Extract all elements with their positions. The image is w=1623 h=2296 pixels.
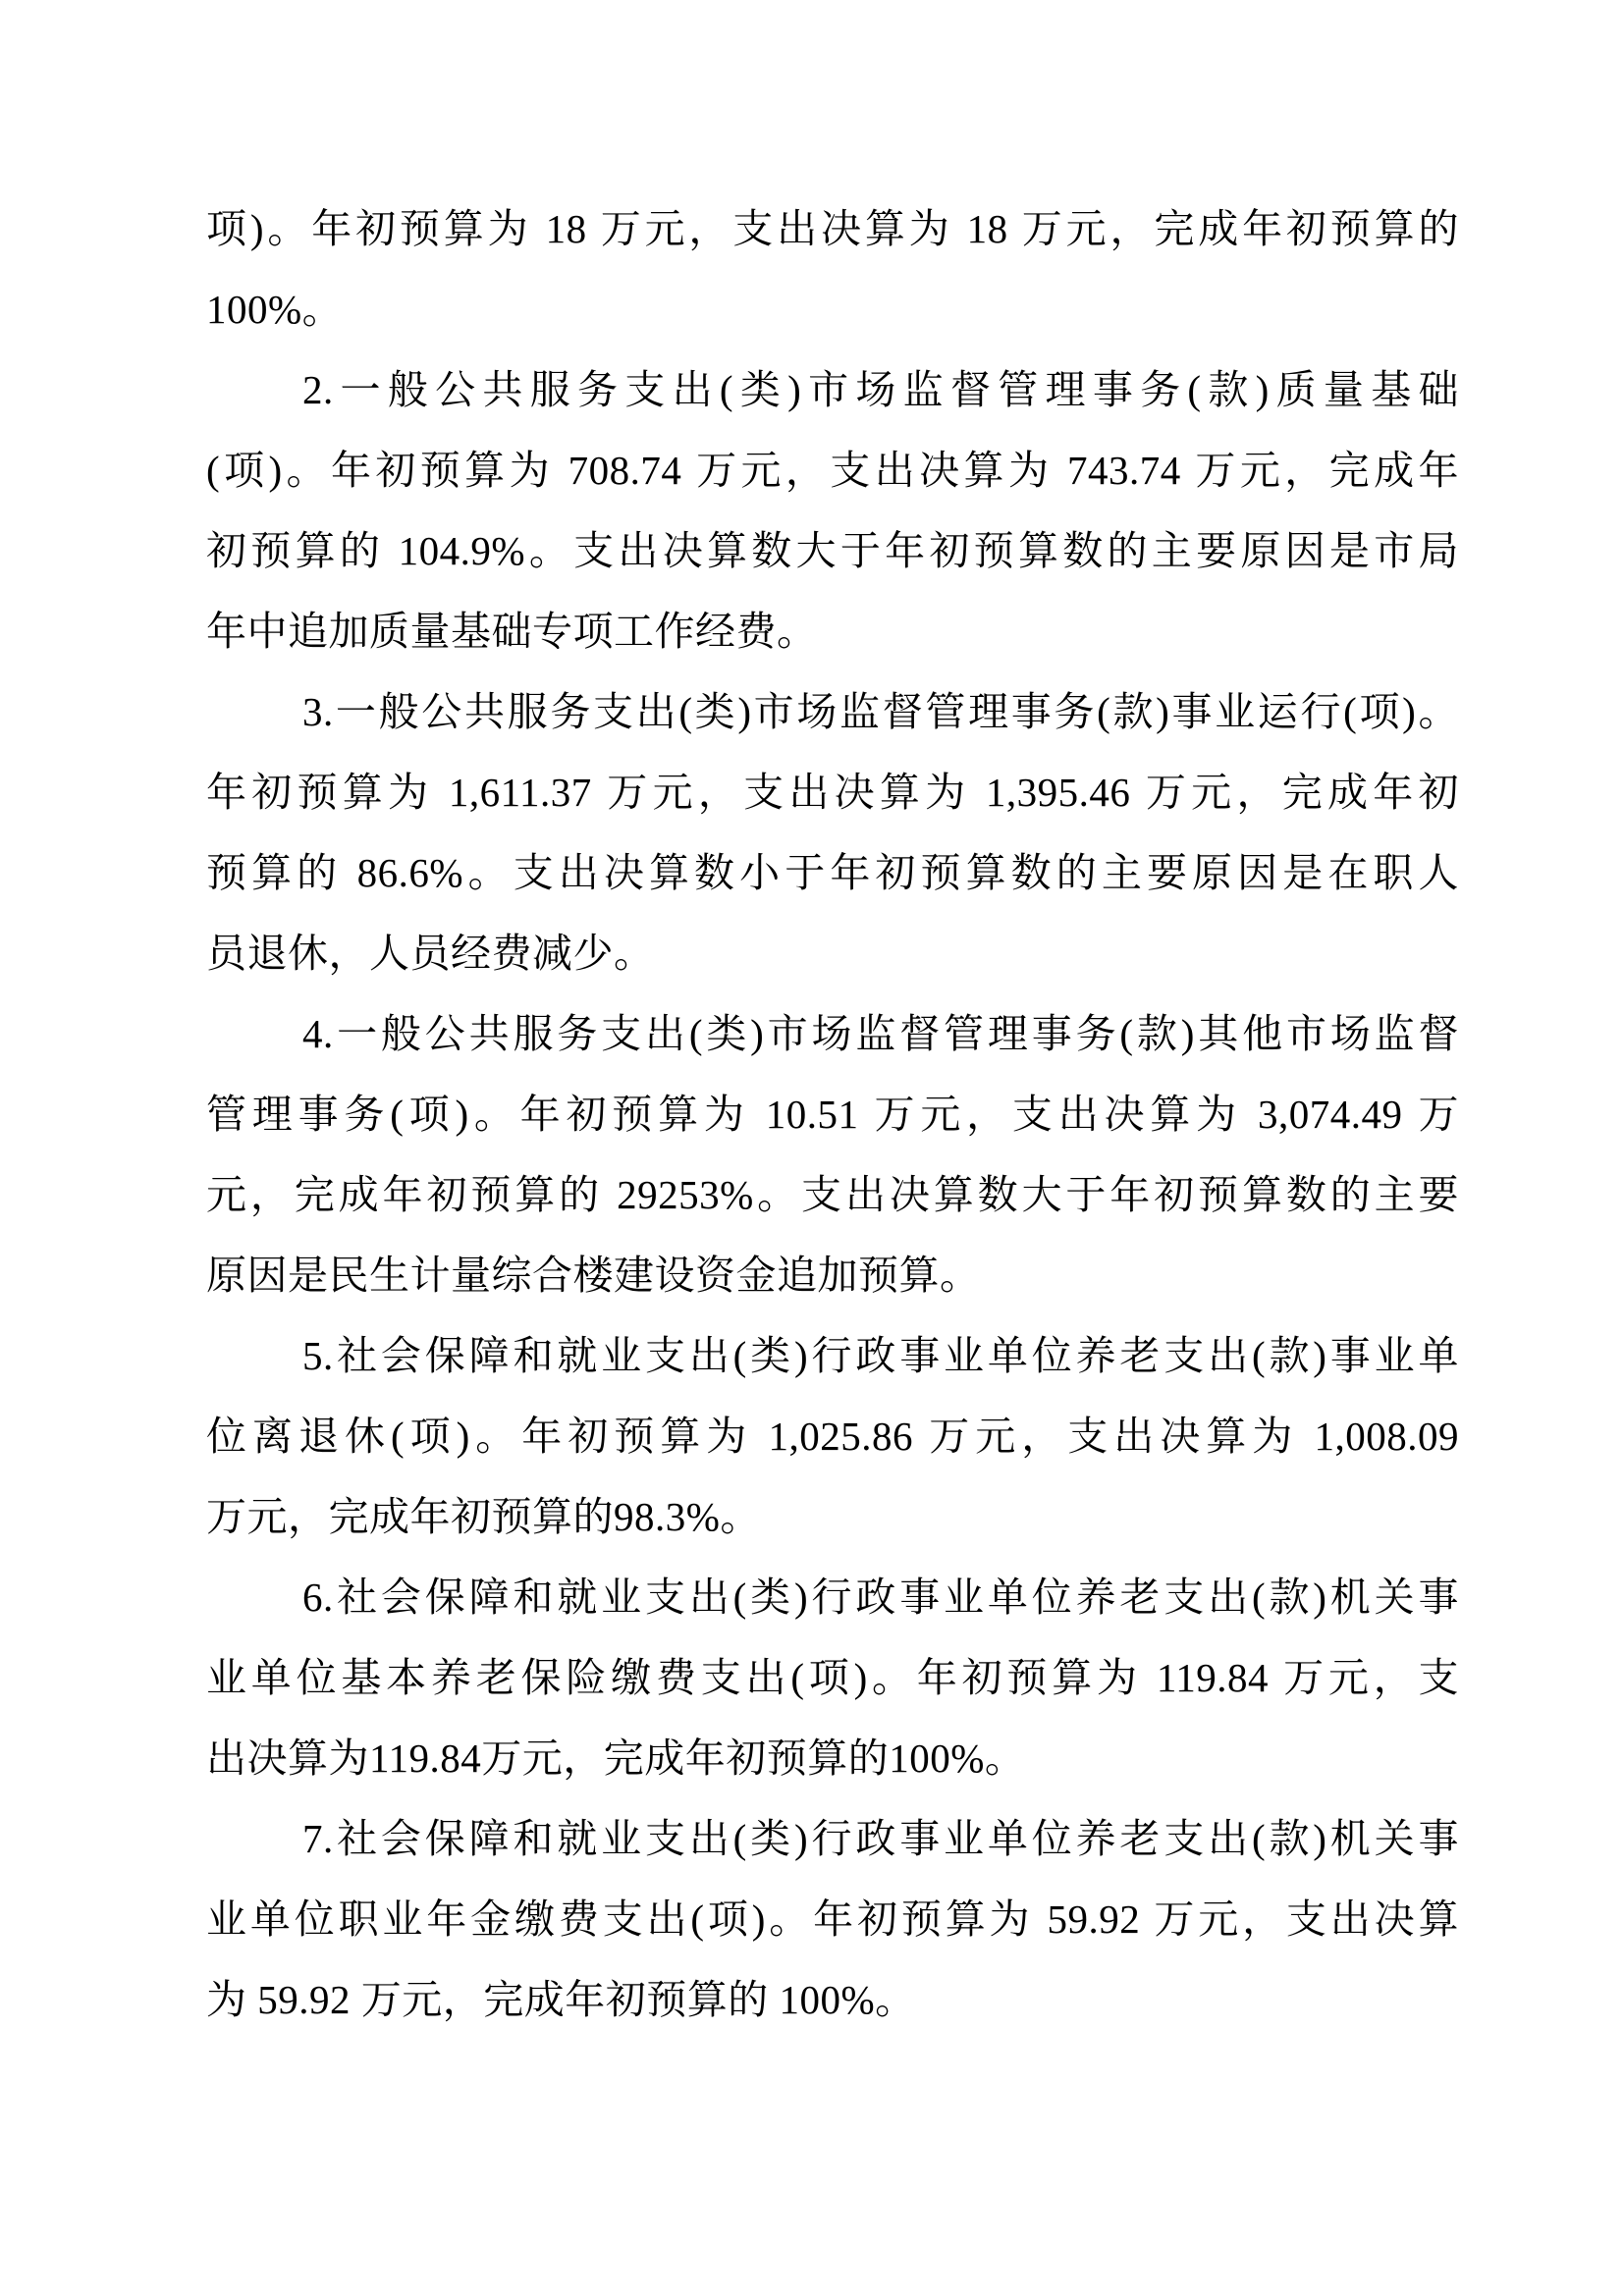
text-line: 6.社会保障和就业支出(类)行政事业单位养老支出(款)机关事: [206, 1557, 1459, 1637]
text-line: 预算的 86.6%。支出决算数小于年初预算数的主要原因是在职人: [206, 832, 1459, 913]
text-line: 为 59.92 万元，完成年初预算的 100%。: [206, 1959, 1459, 2040]
text-line: 7.社会保障和就业支出(类)行政事业单位养老支出(款)机关事: [206, 1798, 1459, 1879]
paragraph: 5.社会保障和就业支出(类)行政事业单位养老支出(款)事业单位离退休(项)。年初…: [206, 1315, 1459, 1557]
paragraph: 4.一般公共服务支出(类)市场监督管理事务(款)其他市场监督管理事务(项)。年初…: [206, 993, 1459, 1315]
text-line: 原因是民生计量综合楼建设资金追加预算。: [206, 1235, 1459, 1315]
document-body: 项)。年初预算为 18 万元，支出决算为 18 万元，完成年初预算的100%。2…: [206, 188, 1459, 2040]
text-line: 5.社会保障和就业支出(类)行政事业单位养老支出(款)事业单: [206, 1315, 1459, 1396]
paragraph: 3.一般公共服务支出(类)市场监督管理事务(款)事业运行(项)。年初预算为 1,…: [206, 671, 1459, 993]
text-line: 员退休，人员经费减少。: [206, 913, 1459, 993]
text-line: (项)。年初预算为 708.74 万元，支出决算为 743.74 万元，完成年: [206, 430, 1459, 510]
text-line: 项)。年初预算为 18 万元，支出决算为 18 万元，完成年初预算的: [206, 188, 1459, 269]
document-page: 项)。年初预算为 18 万元，支出决算为 18 万元，完成年初预算的100%。2…: [0, 0, 1623, 2296]
text-line: 3.一般公共服务支出(类)市场监督管理事务(款)事业运行(项)。: [206, 671, 1459, 752]
text-line: 管理事务(项)。年初预算为 10.51 万元，支出决算为 3,074.49 万: [206, 1074, 1459, 1154]
paragraph: 7.社会保障和就业支出(类)行政事业单位养老支出(款)机关事业单位职业年金缴费支…: [206, 1798, 1459, 2040]
text-line: 100%。: [206, 269, 1459, 349]
text-line: 4.一般公共服务支出(类)市场监督管理事务(款)其他市场监督: [206, 993, 1459, 1074]
paragraph: 项)。年初预算为 18 万元，支出决算为 18 万元，完成年初预算的100%。: [206, 188, 1459, 349]
text-line: 位离退休(项)。年初预算为 1,025.86 万元，支出决算为 1,008.09: [206, 1396, 1459, 1476]
text-line: 2.一般公共服务支出(类)市场监督管理事务(款)质量基础: [206, 349, 1459, 430]
paragraph: 6.社会保障和就业支出(类)行政事业单位养老支出(款)机关事业单位基本养老保险缴…: [206, 1557, 1459, 1798]
text-line: 初预算的 104.9%。支出决算数大于年初预算数的主要原因是市局: [206, 510, 1459, 591]
text-line: 年中追加质量基础专项工作经费。: [206, 591, 1459, 671]
text-line: 出决算为119.84万元，完成年初预算的100%。: [206, 1718, 1459, 1798]
text-line: 元，完成年初预算的 29253%。支出决算数大于年初预算数的主要: [206, 1154, 1459, 1235]
paragraph: 2.一般公共服务支出(类)市场监督管理事务(款)质量基础(项)。年初预算为 70…: [206, 349, 1459, 671]
text-line: 业单位职业年金缴费支出(项)。年初预算为 59.92 万元，支出决算: [206, 1879, 1459, 1959]
text-line: 年初预算为 1,611.37 万元，支出决算为 1,395.46 万元，完成年初: [206, 752, 1459, 832]
text-line: 万元，完成年初预算的98.3%。: [206, 1476, 1459, 1557]
text-line: 业单位基本养老保险缴费支出(项)。年初预算为 119.84 万元，支: [206, 1637, 1459, 1718]
